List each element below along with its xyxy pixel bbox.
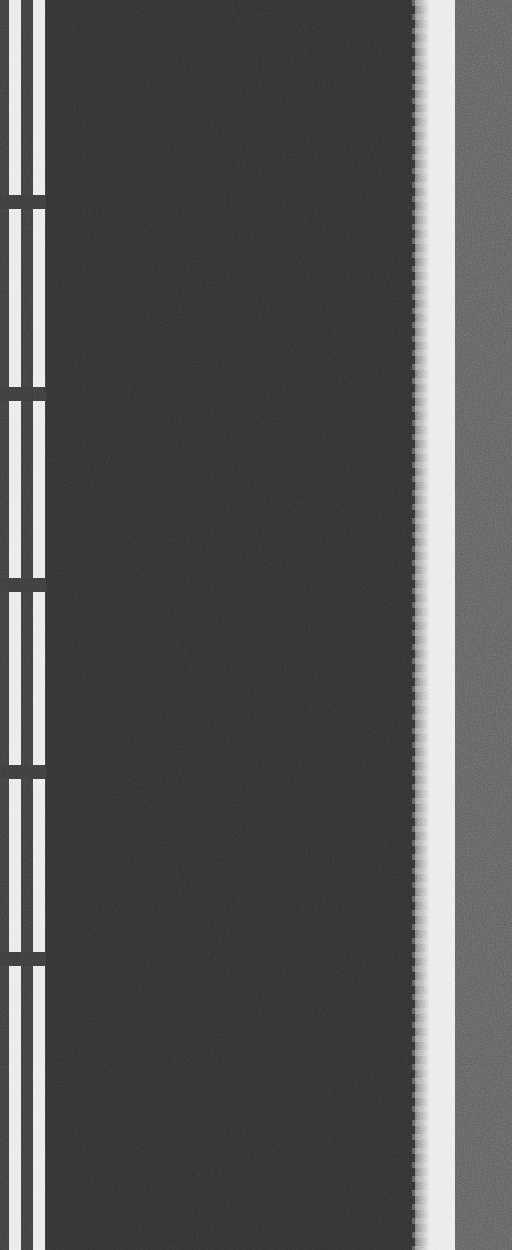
pavement-joint <box>0 765 48 779</box>
right-shoulder <box>455 0 512 1250</box>
pavement-joint <box>0 578 48 592</box>
road-surface-photo <box>0 0 512 1250</box>
asphalt-lane <box>46 0 416 1250</box>
pavement-joint <box>0 195 48 209</box>
right-edge-line <box>415 0 457 1250</box>
left-double-line-inner <box>33 0 45 1250</box>
left-double-line-outer <box>9 0 21 1250</box>
pavement-joint <box>0 952 48 966</box>
pavement-joint <box>0 387 48 401</box>
